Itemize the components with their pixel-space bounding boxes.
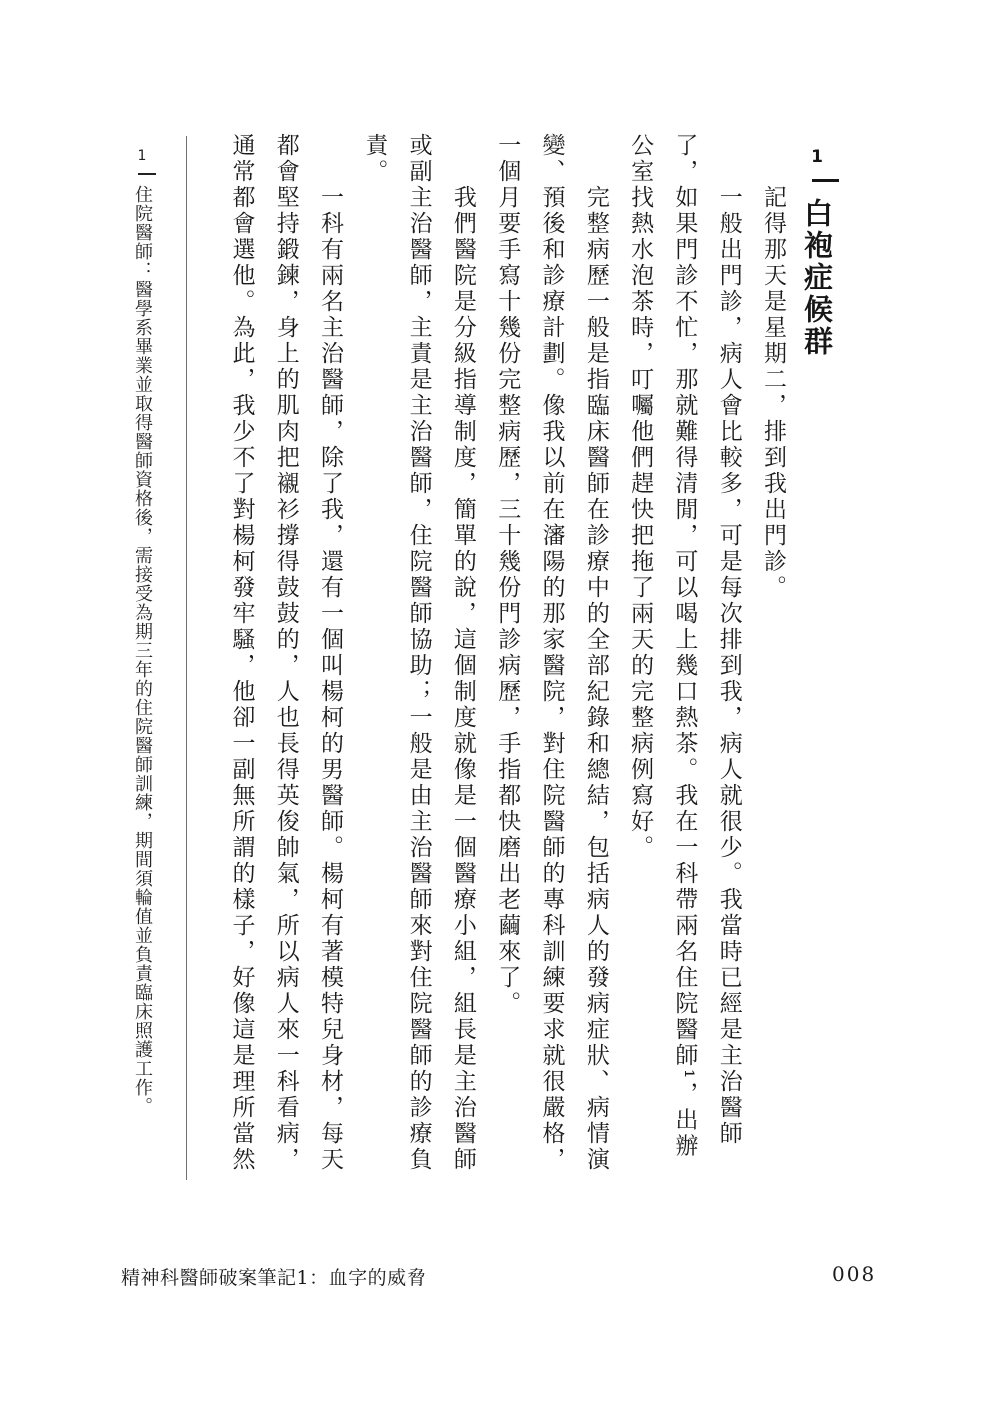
book-page: 1白袍症候群 記得那天是星期二，排到我出門診。 一般出門診，病人會比較多，可是每… — [0, 0, 1000, 1419]
main-text-block: 1白袍症候群 記得那天是星期二，排到我出門診。 一般出門診，病人會比較多，可是每… — [219, 133, 875, 1183]
title-divider-bar-icon — [812, 179, 839, 182]
running-footer-book-title: 精神科醫師破案筆記1：血字的威脅 — [121, 1263, 426, 1290]
body-paragraph-4: 我們醫院是分級指導制度，簡單的說，這個制度就像是一個醫療小組，組長是主治醫師或副… — [352, 133, 485, 1183]
footnote-text: 住院醫師：醫學系畢業並取得醫師資格後，需接受為期三年的住院醫師訓練，期間須輪值並… — [132, 185, 153, 1116]
chapter-heading: 1白袍症候群 — [795, 133, 839, 1183]
chapter-number: 1 — [807, 147, 827, 167]
chapter-title: 白袍症候群 — [800, 198, 834, 358]
body-paragraph-2: 一般出門診，病人會比較多，可是每次排到我，病人就很少。我當時已經是主治醫師了，如… — [618, 133, 751, 1183]
body-paragraph-3: 完整病歷一般是指臨床醫師在診療中的全部紀錄和總結，包括病人的發病症狀、病情演變、… — [485, 133, 618, 1183]
footnote-divider-bar-icon — [138, 173, 156, 175]
body-paragraph-5: 一科有兩名主治醫師，除了我，還有一個叫楊柯的男醫師。楊柯有著模特兒身材，每天都會… — [219, 133, 352, 1183]
page-number: 008 — [832, 1262, 876, 1286]
body-paragraph-1: 記得那天是星期二，排到我出門診。 — [751, 133, 795, 1183]
footnote-number: 1 — [134, 148, 150, 165]
footnote: 1住院醫師：醫學系畢業並取得醫師資格後，需接受為期三年的住院醫師訓練，期間須輪值… — [126, 148, 158, 1163]
footnote-divider-rule — [186, 136, 187, 1180]
